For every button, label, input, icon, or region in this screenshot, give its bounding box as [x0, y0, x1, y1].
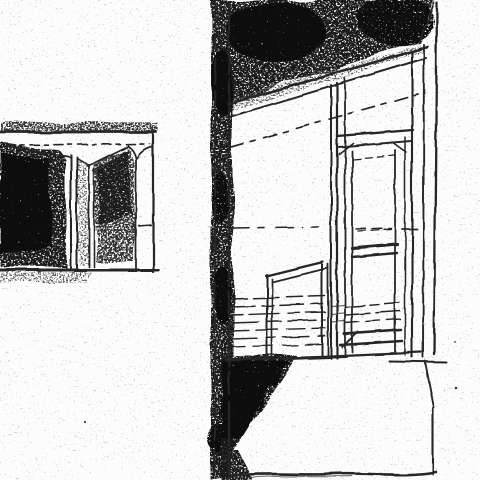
right-wall-inner-line [423, 45, 424, 357]
scanned-sketch-page [0, 0, 480, 480]
pier-dark-patch [210, 172, 228, 224]
pencil-shading-between-posts [78, 160, 88, 264]
sketch-canvas [0, 0, 480, 480]
pier-dark-patch [215, 268, 233, 324]
pencil-shading-top-band [0, 121, 157, 131]
pencil-shading-dark-core [0, 152, 52, 255]
floor-shadow-dark-band [221, 370, 283, 389]
latch-tick-line [139, 225, 151, 226]
speck [84, 421, 86, 423]
speck [455, 387, 458, 390]
pencil-shading-below-sill [0, 271, 92, 283]
speck [454, 341, 456, 343]
right-base-extension-line [389, 361, 446, 362]
ceiling-dark-patch [226, 2, 326, 62]
